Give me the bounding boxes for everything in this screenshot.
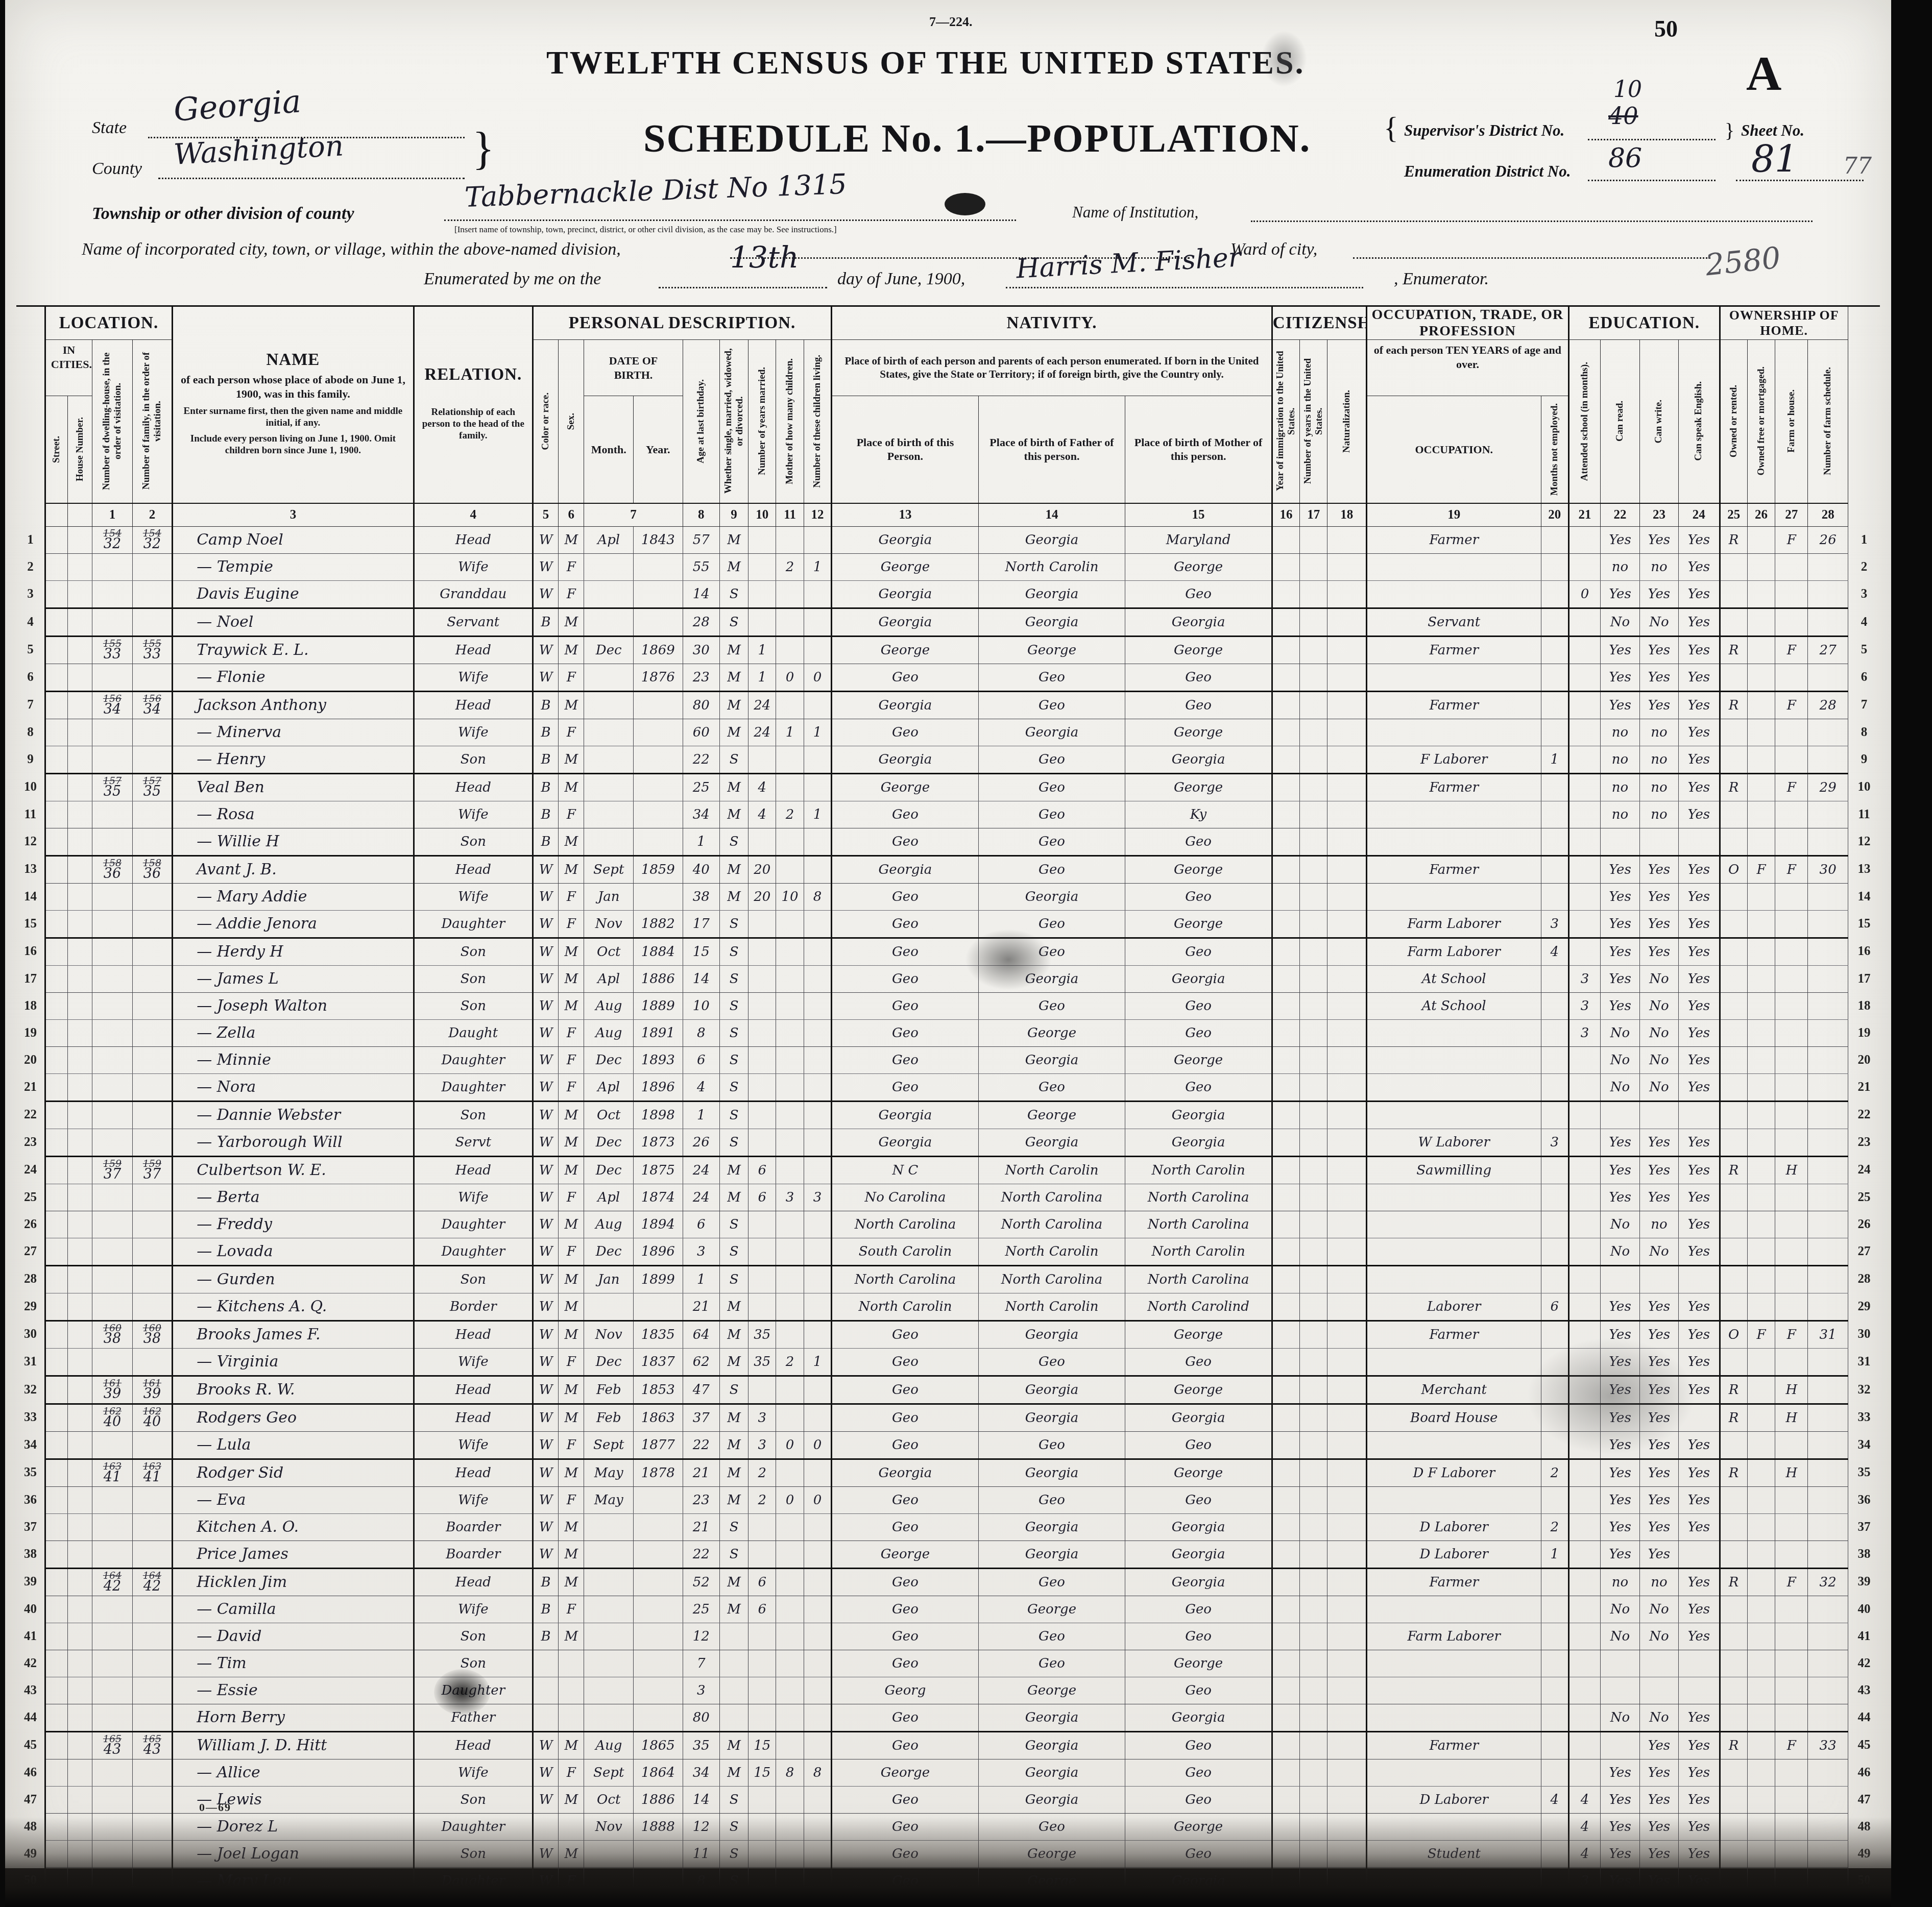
- cell-mon: Dec: [584, 1238, 634, 1265]
- cell-c16: [1272, 1156, 1299, 1184]
- cell-race: W: [533, 580, 558, 608]
- cell-en: Yes: [1679, 526, 1720, 553]
- cell-line-number-left: 34: [16, 1431, 45, 1459]
- cell-street: [45, 1677, 67, 1704]
- cell-mo: [776, 1596, 804, 1623]
- table-row: 4— NoelServantBM28SGeorgiaGeorgiaGeorgia…: [16, 608, 1880, 636]
- num-10: 10: [748, 503, 776, 527]
- cell-age: 25: [683, 1596, 719, 1623]
- cell-c16: [1272, 773, 1299, 801]
- cell-sn: [1808, 580, 1848, 608]
- cell-mo: [776, 773, 804, 801]
- cell-mar: S: [719, 1129, 748, 1156]
- cell-ym: 6: [748, 1568, 776, 1596]
- cell-yr: 1877: [634, 1431, 683, 1459]
- cell-name: — Camilla: [173, 1596, 414, 1623]
- cell-own: [1720, 1704, 1747, 1731]
- cell-mor: [1747, 553, 1775, 580]
- cell-ym: [748, 1101, 776, 1129]
- cell-rel: Son: [414, 1623, 533, 1650]
- cell-mor: [1747, 1046, 1775, 1073]
- cell-lv: [804, 938, 831, 965]
- cell-yr: 1882: [634, 910, 683, 938]
- cell-dw: [92, 1513, 132, 1541]
- cell-line-number-right: 32: [1848, 1376, 1880, 1404]
- cell-mor: [1747, 719, 1775, 746]
- cell-ym: 20: [748, 883, 776, 910]
- cell-bp2: Georgia: [978, 719, 1125, 746]
- cell-c16: [1272, 608, 1299, 636]
- cell-lv: [804, 1238, 831, 1265]
- cell-rel: Head: [414, 1376, 533, 1404]
- cell-wr: No: [1639, 608, 1678, 636]
- cell-mne: [1541, 553, 1568, 580]
- cell-c16: [1272, 965, 1299, 992]
- cell-bp1: George: [832, 1541, 979, 1568]
- cell-c16: [1272, 1759, 1299, 1786]
- cell-wr: Yes: [1639, 636, 1678, 664]
- cell-mo: [776, 1459, 804, 1486]
- cell-dw: [92, 1046, 132, 1073]
- cell-sex: M: [559, 828, 584, 855]
- cell-age: 22: [683, 746, 719, 773]
- cell-ym: 6: [748, 1596, 776, 1623]
- cell-fam: [132, 1046, 172, 1073]
- cell-en: [1679, 1677, 1720, 1704]
- cell-sex: M: [559, 1513, 584, 1541]
- num-17: 17: [1300, 503, 1327, 527]
- cell-c18: [1327, 746, 1366, 773]
- cell-age: 40: [683, 855, 719, 883]
- cell-line-number-left: 32: [16, 1376, 45, 1404]
- cell-bp3: Geo: [1125, 1486, 1272, 1513]
- cell-mor: [1747, 1623, 1775, 1650]
- cell-c16: [1272, 1101, 1299, 1129]
- cell-race: [533, 1650, 558, 1677]
- cell-mon: [584, 553, 634, 580]
- cell-bp3: North Carolina: [1125, 1265, 1272, 1293]
- cell-mor: [1747, 636, 1775, 664]
- cell-dw: 15432: [92, 526, 132, 553]
- cell-race: W: [533, 965, 558, 992]
- cell-occ: Farmer: [1366, 1321, 1541, 1348]
- cell-rel: Head: [414, 773, 533, 801]
- cell-house: [68, 1073, 92, 1101]
- cell-mar: M: [719, 1431, 748, 1459]
- cell-wr: Yes: [1639, 1459, 1678, 1486]
- cell-lv: [804, 1786, 831, 1813]
- cell-c18: [1327, 938, 1366, 965]
- cell-sex: M: [559, 855, 584, 883]
- group-personal: PERSONAL DESCRIPTION.: [533, 306, 831, 340]
- cell-street: [45, 828, 67, 855]
- cell-wr: no: [1639, 773, 1678, 801]
- cell-mo: 2: [776, 1348, 804, 1376]
- cell-c18: [1327, 553, 1366, 580]
- ink-blot-row45: [434, 1669, 490, 1715]
- num-6: 6: [559, 503, 584, 527]
- cell-sch: 3: [1568, 992, 1600, 1019]
- cell-rd: Yes: [1601, 1129, 1639, 1156]
- cell-frm: [1775, 1184, 1808, 1211]
- smudge-1: [965, 929, 1052, 990]
- cell-c17: [1300, 1486, 1327, 1513]
- cell-bp3: Geo: [1125, 1019, 1272, 1046]
- cell-line-number-right: 7: [1848, 691, 1880, 719]
- cell-line-number-right: 38: [1848, 1541, 1880, 1568]
- cell-sn: [1808, 965, 1848, 992]
- cell-yr: [634, 1568, 683, 1596]
- cell-bp3: Geo: [1125, 1596, 1272, 1623]
- cell-c16: [1272, 1486, 1299, 1513]
- cell-house: [68, 1459, 92, 1486]
- cell-frm: [1775, 1623, 1808, 1650]
- cell-mar: M: [719, 1486, 748, 1513]
- cell-house: [68, 801, 92, 828]
- cell-sn: [1808, 1211, 1848, 1238]
- cell-age: 6: [683, 1211, 719, 1238]
- cell-sch: [1568, 773, 1600, 801]
- cell-dw: [92, 1431, 132, 1459]
- cell-line-number-left: 19: [16, 1019, 45, 1046]
- cell-c16: [1272, 1704, 1299, 1731]
- cell-frm: [1775, 1348, 1808, 1376]
- table-row: 21— NoraDaughterWFApl18964SGeoGeoGeoNoNo…: [16, 1073, 1880, 1101]
- cell-fam: 15836: [132, 855, 172, 883]
- col-dwelling-header: Number of dwelling-house, in the order o…: [92, 340, 132, 503]
- cell-line-number-right: 9: [1848, 746, 1880, 773]
- cell-mon: [584, 664, 634, 691]
- cell-lv: [804, 992, 831, 1019]
- cell-ym: [748, 580, 776, 608]
- cell-street: [45, 1211, 67, 1238]
- cell-mar: M: [719, 1156, 748, 1184]
- cell-sn: [1808, 608, 1848, 636]
- cell-name: — Kitchens A. Q.: [173, 1293, 414, 1321]
- cell-bp1: Geo: [832, 1786, 979, 1813]
- cell-age: 17: [683, 910, 719, 938]
- cell-age: 1: [683, 828, 719, 855]
- cell-sex: M: [559, 1265, 584, 1293]
- cell-age: 22: [683, 1541, 719, 1568]
- cell-own: [1720, 664, 1747, 691]
- cell-age: 1: [683, 1265, 719, 1293]
- cell-c16: [1272, 1459, 1299, 1486]
- cell-mon: [584, 1513, 634, 1541]
- cell-bp3: George: [1125, 1046, 1272, 1073]
- table-row: 17— James LSonWMApl188614SGeoGeorgiaGeor…: [16, 965, 1880, 992]
- cell-bp2: Georgia: [978, 1786, 1125, 1813]
- relation-title: RELATION.: [415, 365, 532, 384]
- cell-bp3: Georgia: [1125, 1704, 1272, 1731]
- cell-dw: [92, 992, 132, 1019]
- cell-own: [1720, 719, 1747, 746]
- cell-c17: [1300, 1073, 1327, 1101]
- cell-yr: [634, 608, 683, 636]
- cell-bp2: Geo: [978, 1623, 1125, 1650]
- dob-header: DATE OF BIRTH.: [584, 340, 683, 396]
- cell-yr: [634, 801, 683, 828]
- cell-name: — Dannie Webster: [173, 1101, 414, 1129]
- cell-bp3: George: [1125, 910, 1272, 938]
- cell-bp3: North Carolind: [1125, 1293, 1272, 1321]
- cell-en: Yes: [1679, 608, 1720, 636]
- cell-sch: [1568, 1541, 1600, 1568]
- cell-c18: [1327, 801, 1366, 828]
- cell-house: [68, 855, 92, 883]
- cell-ym: 6: [748, 1156, 776, 1184]
- cell-wr: no: [1639, 1568, 1678, 1596]
- cell-line-number-right: 23: [1848, 1129, 1880, 1156]
- enumeration-value: 86: [1608, 143, 1642, 174]
- cell-yr: [634, 1677, 683, 1704]
- cell-fam: 16038: [132, 1321, 172, 1348]
- cell-line-number-right: 20: [1848, 1046, 1880, 1073]
- cell-line-number-right: 44: [1848, 1704, 1880, 1731]
- cell-street: [45, 1623, 67, 1650]
- county-value: Washington: [173, 129, 345, 171]
- cell-c18: [1327, 691, 1366, 719]
- cell-race: W: [533, 1129, 558, 1156]
- cell-sn: [1808, 1459, 1848, 1486]
- col-years-married-header: Number of years married.: [748, 340, 776, 503]
- cell-dw: [92, 1677, 132, 1704]
- cell-lv: [804, 1156, 831, 1184]
- cell-line-number-right: 36: [1848, 1486, 1880, 1513]
- cell-sn: [1808, 1019, 1848, 1046]
- cell-bp3: George: [1125, 1321, 1272, 1348]
- cell-fam: 15432: [132, 526, 172, 553]
- cell-mne: [1541, 883, 1568, 910]
- cell-en: Yes: [1679, 1486, 1720, 1513]
- cell-c18: [1327, 1431, 1366, 1459]
- cell-mor: [1747, 1568, 1775, 1596]
- cell-yr: 1878: [634, 1459, 683, 1486]
- cell-mor: [1747, 965, 1775, 992]
- cell-mo: 3: [776, 1184, 804, 1211]
- cell-mne: [1541, 801, 1568, 828]
- cell-mne: [1541, 828, 1568, 855]
- table-row: 41— DavidSonBM12GeoGeoGeoFarm LaborerNoN…: [16, 1623, 1880, 1650]
- cell-mon: Oct: [584, 1786, 634, 1813]
- cell-sch: [1568, 855, 1600, 883]
- cell-occ: [1366, 1238, 1541, 1265]
- table-row: 351634116341Rodger SidHeadWMMay187821M2G…: [16, 1459, 1880, 1486]
- cell-rel: Son: [414, 965, 533, 992]
- cell-fam: [132, 1073, 172, 1101]
- cell-age: 64: [683, 1321, 719, 1348]
- cell-c18: [1327, 1073, 1366, 1101]
- cell-wr: Yes: [1639, 526, 1678, 553]
- cell-house: [68, 965, 92, 992]
- cell-bp1: Geo: [832, 664, 979, 691]
- cell-house: [68, 1348, 92, 1376]
- cell-mon: Dec: [584, 1348, 634, 1376]
- cell-bp2: Georgia: [978, 1376, 1125, 1404]
- county-line: [158, 178, 465, 179]
- cell-own: [1720, 1211, 1747, 1238]
- cell-rd: [1601, 1265, 1639, 1293]
- cell-dw: [92, 1704, 132, 1731]
- cell-own: [1720, 938, 1747, 965]
- col-marital-header: Whether single, married, widowed, or div…: [719, 340, 748, 503]
- cell-rel: Son: [414, 828, 533, 855]
- cell-age: 38: [683, 883, 719, 910]
- cell-rd: No: [1601, 1704, 1639, 1731]
- cell-race: W: [533, 1046, 558, 1073]
- cell-line-number-right: 40: [1848, 1596, 1880, 1623]
- cell-sex: M: [559, 1786, 584, 1813]
- cell-sn: [1808, 992, 1848, 1019]
- cell-frm: [1775, 883, 1808, 910]
- sheet-letter: A: [1746, 45, 1781, 102]
- cell-street: [45, 910, 67, 938]
- cell-sch: [1568, 719, 1600, 746]
- cell-wr: Yes: [1639, 1513, 1678, 1541]
- cell-rel: Daughter: [414, 1046, 533, 1073]
- printer-mark: 0—69: [199, 1801, 231, 1814]
- cell-dw: [92, 801, 132, 828]
- table-row: 25— BertaWifeWFApl187424M633No CarolinaN…: [16, 1184, 1880, 1211]
- cell-frm: F: [1775, 1321, 1808, 1348]
- col-read-header: Can read.: [1601, 340, 1639, 503]
- cell-occ: Farm Laborer: [1366, 910, 1541, 938]
- cell-own: [1720, 828, 1747, 855]
- cell-sch: [1568, 1073, 1600, 1101]
- cell-name: Avant J. B.: [173, 855, 414, 883]
- cell-bp3: Geo: [1125, 1623, 1272, 1650]
- cell-bp2: George: [978, 1596, 1125, 1623]
- cell-mar: S: [719, 938, 748, 965]
- cell-occ: At School: [1366, 965, 1541, 992]
- cell-line-number-left: 25: [16, 1184, 45, 1211]
- cell-mo: [776, 1265, 804, 1293]
- cell-rel: Head: [414, 1321, 533, 1348]
- cell-ym: [748, 828, 776, 855]
- cell-c16: [1272, 1019, 1299, 1046]
- cell-mar: S: [719, 1265, 748, 1293]
- cell-own: [1720, 1348, 1747, 1376]
- cell-mar: M: [719, 801, 748, 828]
- enumerated-mid: day of June, 1900,: [837, 270, 965, 289]
- cell-mo: 0: [776, 1431, 804, 1459]
- cell-c17: [1300, 636, 1327, 664]
- cell-rd: No: [1601, 1019, 1639, 1046]
- num-18: 18: [1327, 503, 1366, 527]
- cell-street: [45, 691, 67, 719]
- cell-occ: Sawmilling: [1366, 1156, 1541, 1184]
- cell-fam: [132, 1019, 172, 1046]
- cell-sex: F: [559, 1348, 584, 1376]
- cell-age: 55: [683, 553, 719, 580]
- cell-lv: [804, 636, 831, 664]
- census-scan-page: { "form": { "form_number": "7—224.", "st…: [0, 0, 1932, 1907]
- cell-sn: [1808, 1376, 1848, 1404]
- cell-own: [1720, 883, 1747, 910]
- cell-rd: no: [1601, 719, 1639, 746]
- cell-age: 8: [683, 1019, 719, 1046]
- cell-house: [68, 526, 92, 553]
- cell-bp2: Geo: [978, 746, 1125, 773]
- cell-dw: [92, 664, 132, 691]
- cell-mon: Aug: [584, 992, 634, 1019]
- cell-en: [1679, 1650, 1720, 1677]
- cell-sex: F: [559, 1073, 584, 1101]
- cell-mor: [1747, 1704, 1775, 1731]
- cell-name: — Noel: [173, 608, 414, 636]
- cell-street: [45, 719, 67, 746]
- cell-bp3: Geo: [1125, 1677, 1272, 1704]
- cell-yr: [634, 1650, 683, 1677]
- table-row: 12— Willie HSonBM1SGeoGeoGeo12: [16, 828, 1880, 855]
- enum-day-line: [659, 287, 827, 288]
- cell-mor: F: [1747, 1321, 1775, 1348]
- cell-mo: [776, 746, 804, 773]
- cell-c16: [1272, 1568, 1299, 1596]
- cell-age: 47: [683, 1376, 719, 1404]
- table-row: 16— Herdy HSonWMOct188415SGeoGeoGeoFarm …: [16, 938, 1880, 965]
- cell-fam: [132, 664, 172, 691]
- cell-bp3: North Carolin: [1125, 1156, 1272, 1184]
- cell-bp3: Geo: [1125, 664, 1272, 691]
- cell-bp1: Geo: [832, 938, 979, 965]
- cell-mo: [776, 1568, 804, 1596]
- cell-bp1: Georgia: [832, 1459, 979, 1486]
- cell-c16: [1272, 1677, 1299, 1704]
- cell-mne: [1541, 1650, 1568, 1677]
- cell-line-number-left: 39: [16, 1568, 45, 1596]
- cell-lv: [804, 1704, 831, 1731]
- cell-bp1: Geo: [832, 1376, 979, 1404]
- cell-street: [45, 855, 67, 883]
- cell-sex: [559, 1704, 584, 1731]
- cell-rd: Yes: [1601, 883, 1639, 910]
- col-mortgaged-header: Owned free or mortgaged.: [1747, 340, 1775, 503]
- cell-house: [68, 1156, 92, 1184]
- cell-name: — Yarborough Will: [173, 1129, 414, 1156]
- cell-line-number-left: 37: [16, 1513, 45, 1541]
- cell-frm: H: [1775, 1156, 1808, 1184]
- cell-mar: M: [719, 1596, 748, 1623]
- cell-en: Yes: [1679, 1459, 1720, 1486]
- cell-line-number-right: 41: [1848, 1623, 1880, 1650]
- cell-occ: [1366, 1265, 1541, 1293]
- cell-dw: [92, 719, 132, 746]
- cell-bp2: Geo: [978, 1486, 1125, 1513]
- cell-own: [1720, 1486, 1747, 1513]
- cell-mar: M: [719, 773, 748, 801]
- cell-sex: [559, 1677, 584, 1704]
- cell-mor: [1747, 1073, 1775, 1101]
- cell-fam: 15735: [132, 773, 172, 801]
- cell-own: [1720, 992, 1747, 1019]
- cell-ym: [748, 992, 776, 1019]
- cell-line-number-right: 12: [1848, 828, 1880, 855]
- cell-dw: 15836: [92, 855, 132, 883]
- cell-mar: M: [719, 719, 748, 746]
- cell-mor: [1747, 1293, 1775, 1321]
- cell-mar: S: [719, 1376, 748, 1404]
- cell-mar: S: [719, 1211, 748, 1238]
- num-2: 2: [132, 503, 172, 527]
- cell-race: B: [533, 773, 558, 801]
- cell-occ: Merchant: [1366, 1376, 1541, 1404]
- cell-sex: F: [559, 1019, 584, 1046]
- cell-line-number-right: 42: [1848, 1650, 1880, 1677]
- cell-en: Yes: [1679, 1073, 1720, 1101]
- cell-sex: M: [559, 1404, 584, 1431]
- cell-en: [1679, 1541, 1720, 1568]
